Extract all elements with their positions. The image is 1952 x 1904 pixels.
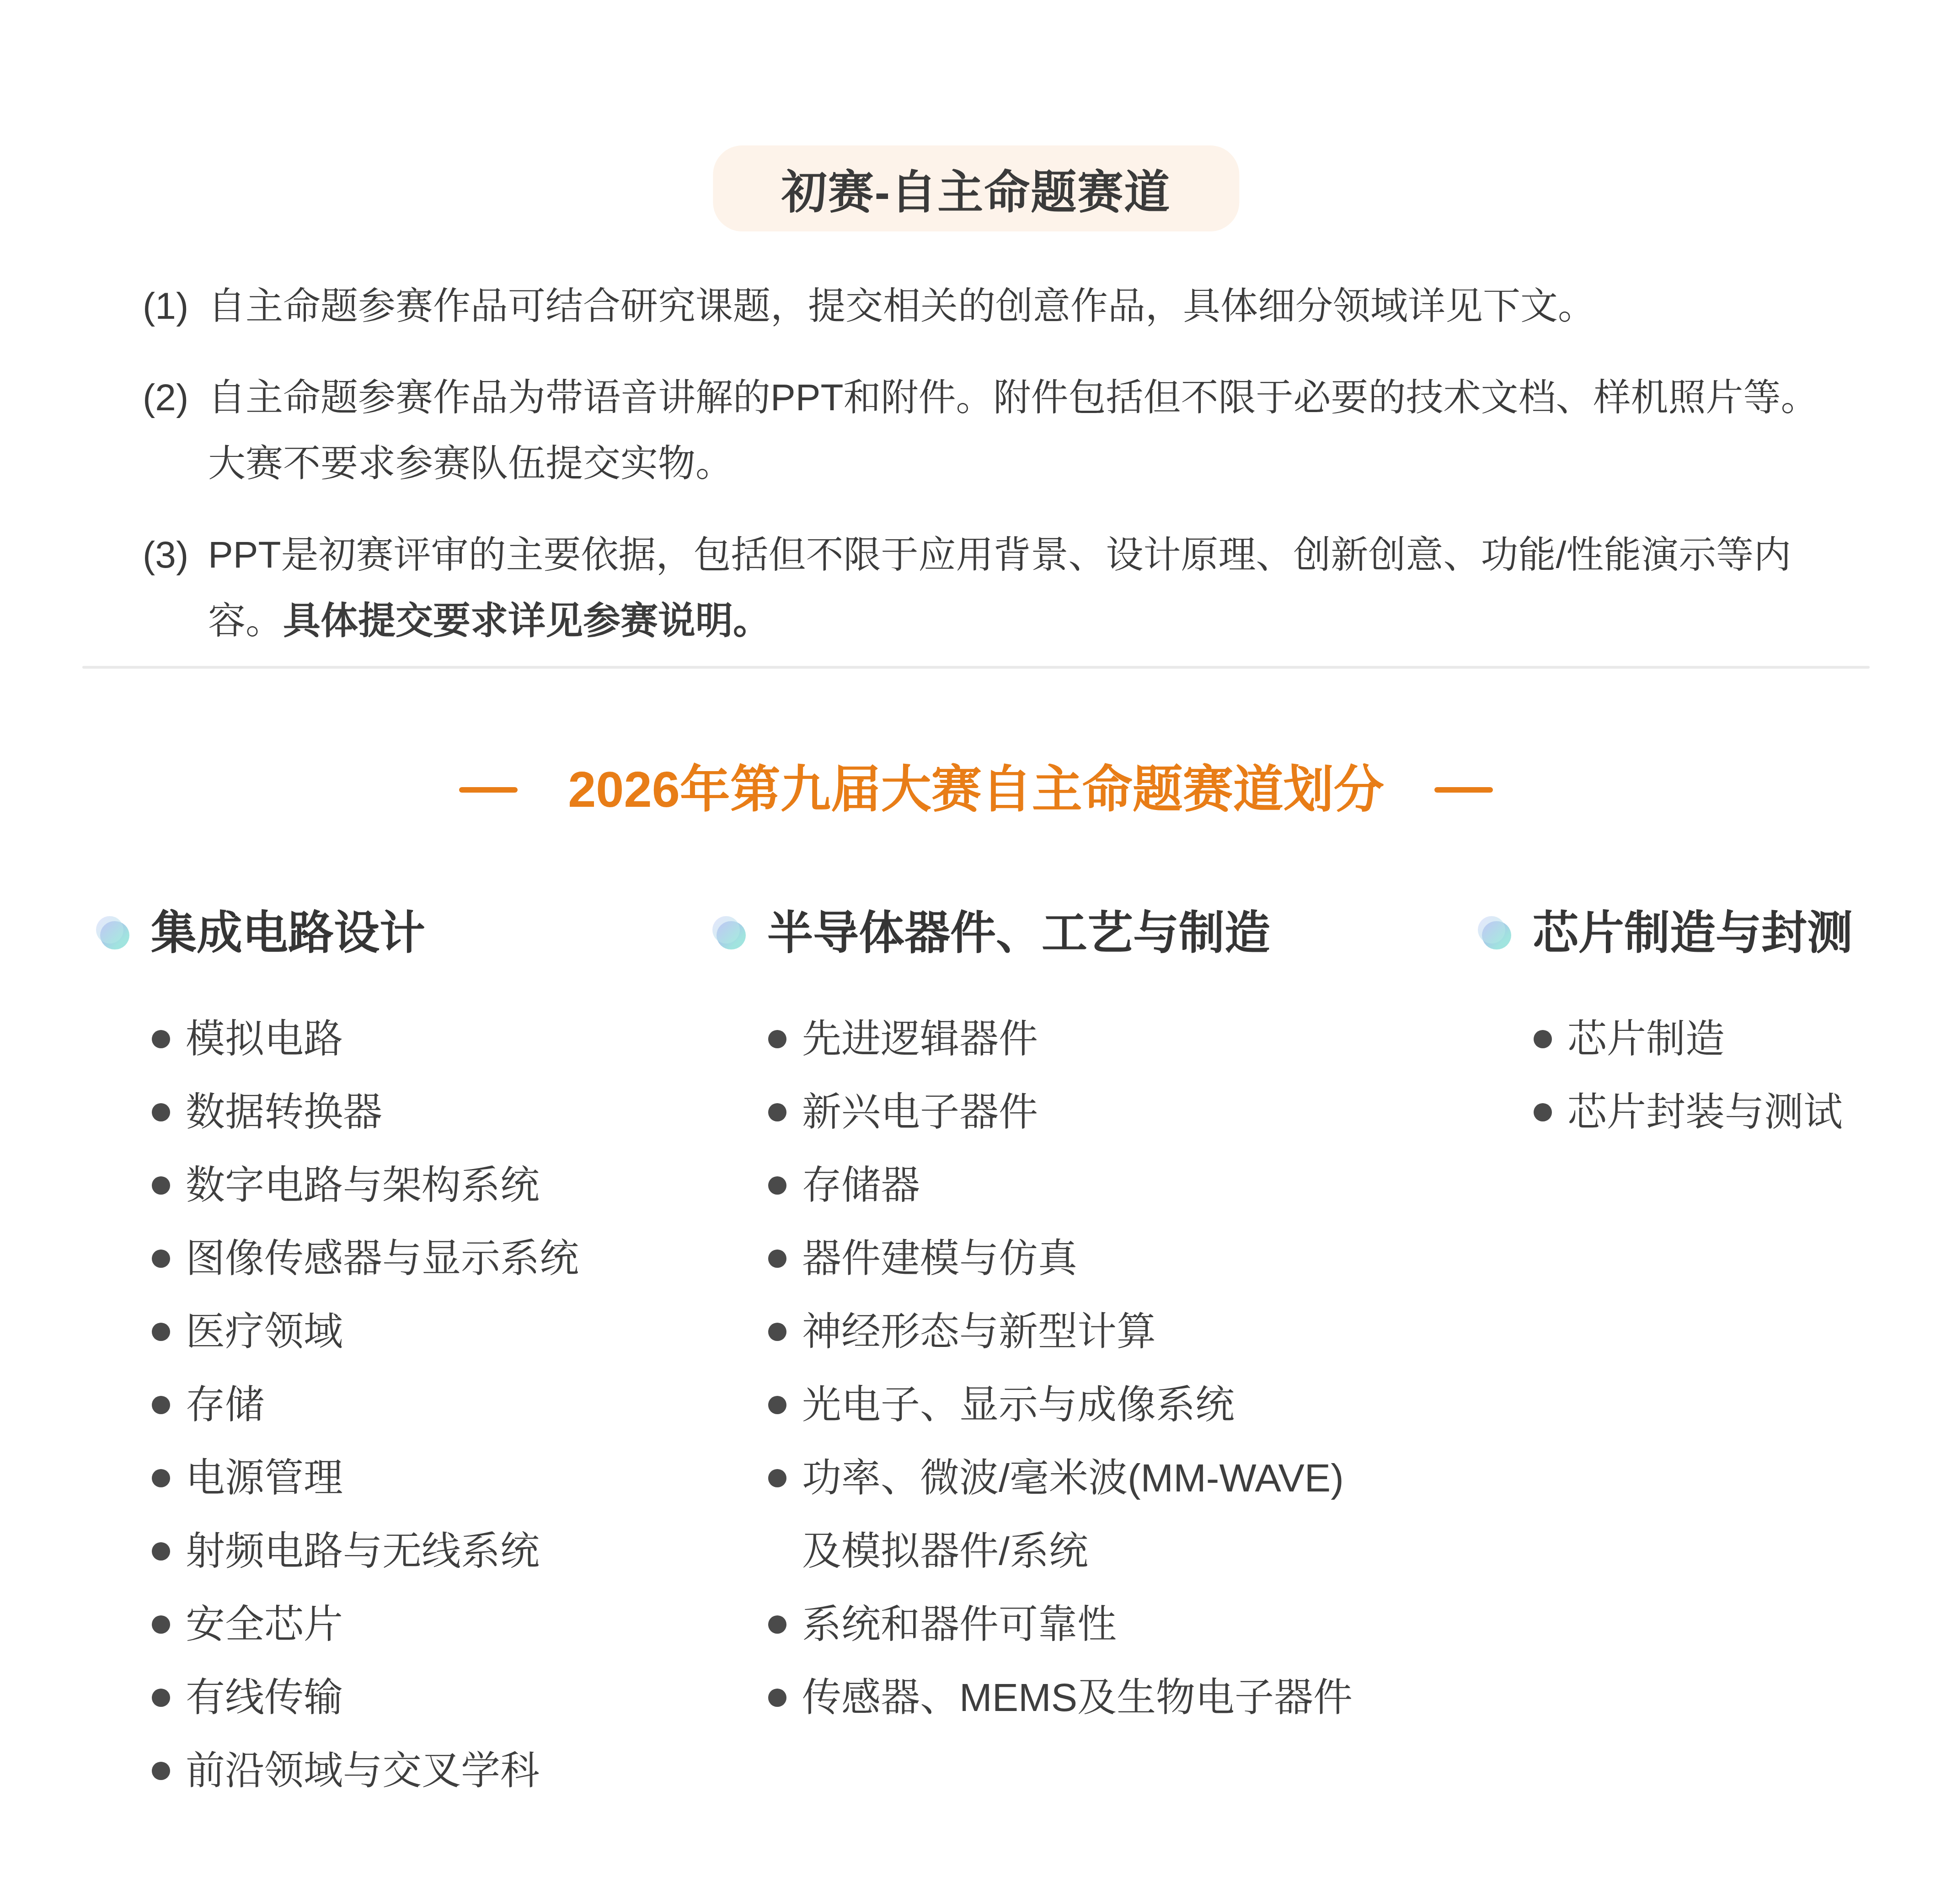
- list-item-text: 有线传输: [186, 1661, 343, 1734]
- list-item: 模拟电路: [152, 1003, 709, 1076]
- bullet-dot-icon: [152, 1176, 170, 1195]
- list-item: 安全芯片: [152, 1588, 709, 1661]
- bullet-dot-icon: [768, 1323, 786, 1341]
- bullet-dot-icon: [152, 1542, 170, 1561]
- list-item-text: 数字电路与架构系统: [186, 1149, 540, 1222]
- bullet-dot-icon: [768, 1469, 786, 1487]
- rule-text-main: 自主命题参赛作品可结合研究课题，提交相关的创意作品，具体细分领域详见下文。: [208, 285, 1595, 327]
- bullet-dot-icon: [152, 1615, 170, 1634]
- list-item-text: 模拟电路: [186, 1003, 343, 1076]
- list-item: 芯片制造: [1534, 1003, 1940, 1076]
- list-item-text: 传感器、MEMS及生物电子器件: [802, 1661, 1353, 1734]
- list-item: 电源管理: [152, 1442, 709, 1515]
- list-item-text: 安全芯片: [186, 1588, 343, 1661]
- list-item-text: 前沿领域与交叉学科: [186, 1734, 540, 1807]
- list-item: 功率、微波/毫米波(MM-WAVE) 及模拟器件/系统: [768, 1442, 1462, 1588]
- list-item-text: 医疗领域: [186, 1295, 343, 1368]
- bullet-dot-icon: [768, 1689, 786, 1707]
- rule-text: 自主命题参赛作品可结合研究课题，提交相关的创意作品，具体细分领域详见下文。: [208, 274, 1595, 339]
- column-items: 模拟电路 数据转换器 数字电路与架构系统 图像传感器与显示系统 医疗领域 存储 …: [96, 1003, 709, 1807]
- bullet-dot-icon: [152, 1762, 170, 1780]
- track-column-chip-manufacturing: 芯片制造与封测 芯片制造 芯片封装与测试: [1478, 909, 1940, 1149]
- bullet-dot-icon: [152, 1689, 170, 1707]
- list-item-text: 系统和器件可靠性: [802, 1588, 1117, 1661]
- column-title: 半导体器件、工艺与制造: [767, 909, 1270, 957]
- rule-text-bold: 具体提交要求详见参赛说明。: [283, 600, 770, 642]
- list-item-text: 芯片封装与测试: [1567, 1076, 1843, 1149]
- list-item: 数据转换器: [152, 1076, 709, 1149]
- list-item-text: 功率、微波/毫米波(MM-WAVE) 及模拟器件/系统: [802, 1442, 1344, 1588]
- section-divider: [82, 666, 1870, 669]
- list-item-text: 数据转换器: [186, 1076, 382, 1149]
- rule-text: PPT是初赛评审的主要依据，包括但不限于应用背景、设计原理、创新创意、功能/性能…: [208, 522, 1791, 654]
- track-column-semiconductor-devices: 半导体器件、工艺与制造 先进逻辑器件 新兴电子器件 存储器 器件建模与仿真 神经…: [712, 909, 1462, 1734]
- list-item-text: 器件建模与仿真: [802, 1222, 1077, 1295]
- rule-item-2: (2) 自主命题参赛作品为带语音讲解的PPT和附件。附件包括但不限于必要的技术文…: [143, 365, 1844, 497]
- rules-list: (1) 自主命题参赛作品可结合研究课题，提交相关的创意作品，具体细分领域详见下文…: [143, 274, 1844, 680]
- page-title-badge: 初赛-自主命题赛道: [713, 145, 1239, 231]
- bullet-dot-icon: [768, 1103, 786, 1121]
- bullet-dot-icon: [768, 1615, 786, 1634]
- column-items: 先进逻辑器件 新兴电子器件 存储器 器件建模与仿真 神经形态与新型计算 光电子、…: [712, 1003, 1462, 1734]
- page-title: 初赛-自主命题赛道: [781, 156, 1171, 221]
- gradient-orb-icon: [96, 916, 130, 950]
- section-heading-text: 2026年第九届大赛自主命题赛道划分: [568, 765, 1384, 815]
- bullet-dot-icon: [152, 1250, 170, 1268]
- list-item-text: 新兴电子器件: [802, 1076, 1038, 1149]
- column-header: 集成电路设计: [96, 909, 709, 957]
- bullet-dot-icon: [768, 1250, 786, 1268]
- list-item: 存储器: [768, 1149, 1462, 1222]
- bullet-dot-icon: [1534, 1103, 1552, 1121]
- column-items: 芯片制造 芯片封装与测试: [1478, 1003, 1940, 1149]
- column-header: 半导体器件、工艺与制造: [712, 909, 1462, 957]
- list-item: 射频电路与无线系统: [152, 1515, 709, 1588]
- rule-item-3: (3) PPT是初赛评审的主要依据，包括但不限于应用背景、设计原理、创新创意、功…: [143, 522, 1844, 654]
- list-item-text: 先进逻辑器件: [802, 1003, 1038, 1076]
- list-item: 神经形态与新型计算: [768, 1295, 1462, 1368]
- list-item: 器件建模与仿真: [768, 1222, 1462, 1295]
- rule-number: (1): [143, 274, 208, 339]
- bullet-dot-icon: [768, 1030, 786, 1048]
- bullet-dot-icon: [1534, 1030, 1552, 1048]
- bullet-dot-icon: [768, 1176, 786, 1195]
- list-item-text: 图像传感器与显示系统: [186, 1222, 579, 1295]
- bullet-dot-icon: [768, 1396, 786, 1414]
- rule-text: 自主命题参赛作品为带语音讲解的PPT和附件。附件包括但不限于必要的技术文档、样机…: [208, 365, 1818, 497]
- list-item: 医疗领域: [152, 1295, 709, 1368]
- rule-number: (3): [143, 522, 208, 588]
- list-item: 系统和器件可靠性: [768, 1588, 1462, 1661]
- track-column-ic-design: 集成电路设计 模拟电路 数据转换器 数字电路与架构系统 图像传感器与显示系统 医…: [96, 909, 709, 1807]
- rule-number: (2): [143, 365, 208, 431]
- bullet-dot-icon: [152, 1103, 170, 1121]
- column-title: 集成电路设计: [151, 909, 425, 957]
- list-item-text: 芯片制造: [1567, 1003, 1725, 1076]
- bullet-dot-icon: [152, 1323, 170, 1341]
- gradient-orb-icon: [712, 916, 746, 950]
- dash-icon: [1434, 787, 1493, 793]
- list-item: 先进逻辑器件: [768, 1003, 1462, 1076]
- list-item: 图像传感器与显示系统: [152, 1222, 709, 1295]
- list-item: 有线传输: [152, 1661, 709, 1734]
- rule-text-main: 自主命题参赛作品为带语音讲解的PPT和附件。附件包括但不限于必要的技术文档、样机…: [208, 377, 1818, 484]
- list-item: 芯片封装与测试: [1534, 1076, 1940, 1149]
- list-item-text: 电源管理: [186, 1442, 343, 1515]
- list-item-text: 神经形态与新型计算: [802, 1295, 1156, 1368]
- list-item: 前沿领域与交叉学科: [152, 1734, 709, 1807]
- rule-item-1: (1) 自主命题参赛作品可结合研究课题，提交相关的创意作品，具体细分领域详见下文…: [143, 274, 1844, 339]
- list-item-text: 存储器: [802, 1149, 920, 1222]
- column-title: 芯片制造与封测: [1533, 909, 1853, 957]
- bullet-dot-icon: [152, 1469, 170, 1487]
- list-item: 传感器、MEMS及生物电子器件: [768, 1661, 1462, 1734]
- list-item: 光电子、显示与成像系统: [768, 1368, 1462, 1442]
- list-item-text: 光电子、显示与成像系统: [802, 1368, 1235, 1442]
- list-item: 新兴电子器件: [768, 1076, 1462, 1149]
- section-heading: 2026年第九届大赛自主命题赛道划分: [0, 765, 1952, 815]
- bullet-dot-icon: [152, 1396, 170, 1414]
- bullet-dot-icon: [152, 1030, 170, 1048]
- list-item: 存储: [152, 1368, 709, 1442]
- list-item-text: 射频电路与无线系统: [186, 1515, 540, 1588]
- column-header: 芯片制造与封测: [1478, 909, 1940, 957]
- gradient-orb-icon: [1478, 916, 1512, 950]
- list-item: 数字电路与架构系统: [152, 1149, 709, 1222]
- list-item-text: 存储: [186, 1368, 264, 1442]
- dash-icon: [459, 787, 518, 793]
